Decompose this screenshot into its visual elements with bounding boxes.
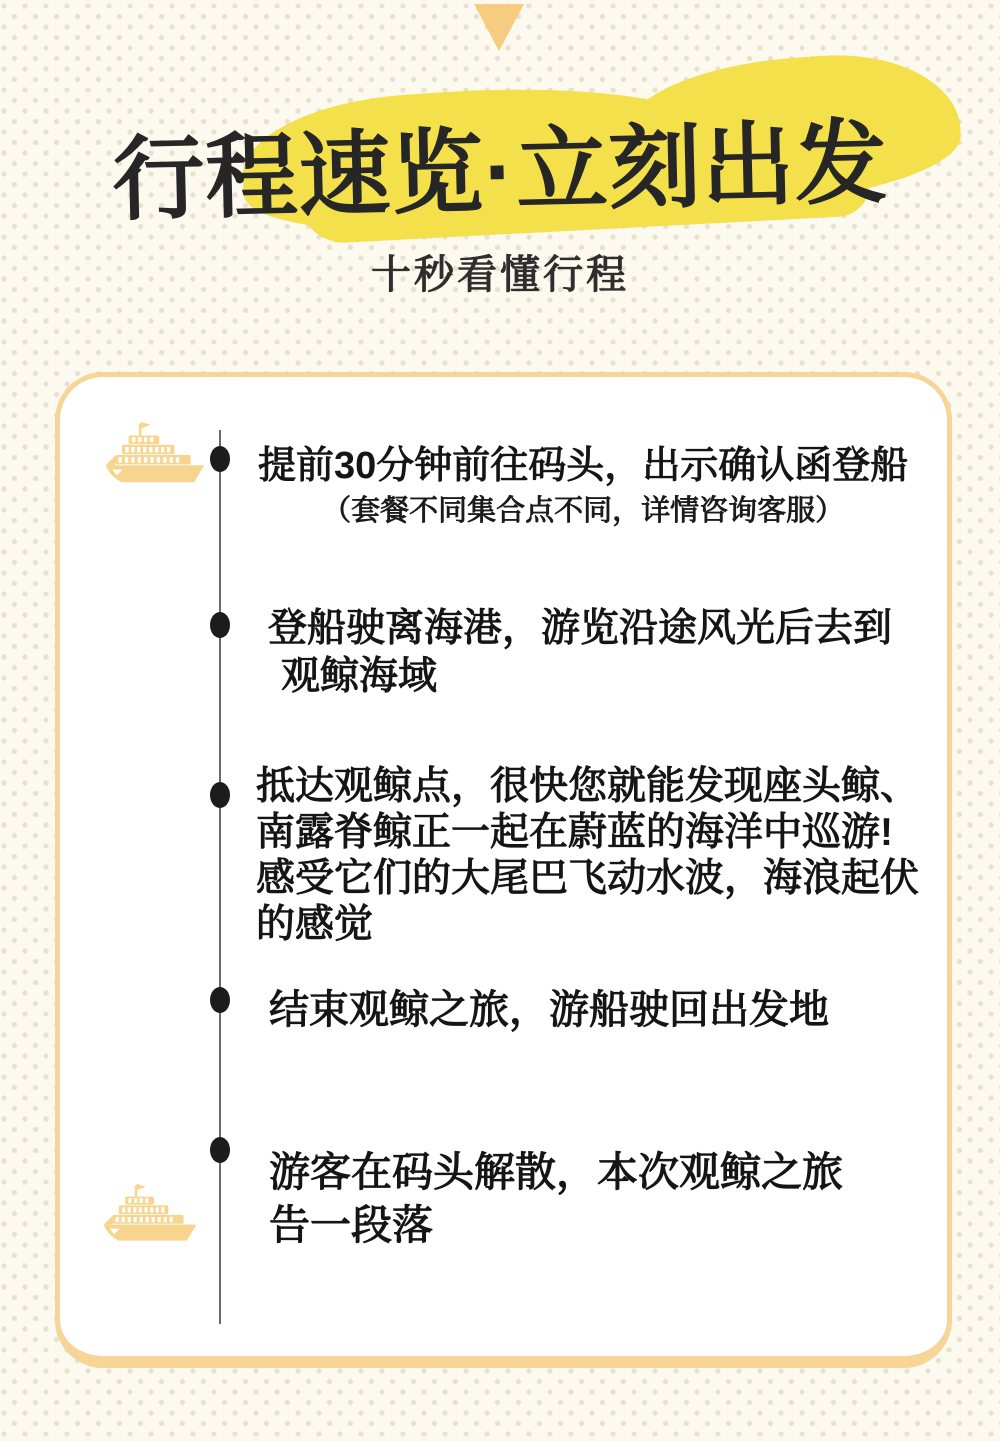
timeline-line xyxy=(219,430,221,1324)
step-text-line: 的感觉 xyxy=(256,902,919,948)
timeline-dot xyxy=(210,1137,230,1163)
step-text-line: 告一段落 xyxy=(269,1199,843,1252)
step-text-line: 观鲸海域 xyxy=(268,653,892,701)
timeline-dot xyxy=(210,782,230,808)
itinerary-step-4: 结束观鲸之旅，游船驶回出发地 xyxy=(269,986,829,1034)
itinerary-step-3: 抵达观鲸点，很快您就能发现座头鲸、 南露脊鲸正一起在蔚蓝的海洋中巡游! 感受它们… xyxy=(256,764,919,948)
itinerary-step-5: 游客在码头解散，本次观鲸之旅 告一段落 xyxy=(269,1146,843,1252)
itinerary-step-2: 登船驶离海港，游览沿途风光后去到 观鲸海域 xyxy=(268,605,892,701)
poster-title: 行程速览·立刻出发 xyxy=(0,87,1000,242)
step-text-line: 结束观鲸之旅，游船驶回出发地 xyxy=(269,986,829,1034)
poster-subtitle: 十秒看懂行程 xyxy=(0,243,1000,300)
step-text-line: 登船驶离海港，游览沿途风光后去到 xyxy=(268,605,892,653)
cruise-ship-icon xyxy=(104,421,206,486)
step-text-line: 提前30分钟前往码头，出示确认函登船 xyxy=(258,441,908,491)
itinerary-card: 提前30分钟前往码头，出示确认函登船 （套餐不同集合点不同，详情咨询客服） 登船… xyxy=(55,372,952,1368)
poster-page: 行程速览·立刻出发 十秒看懂行程 xyxy=(0,0,1000,1441)
cruise-ship-icon xyxy=(102,1183,198,1244)
timeline-dot xyxy=(210,612,230,638)
timeline-dot xyxy=(210,987,230,1013)
timeline-dot xyxy=(210,446,230,472)
step-text-line: 抵达观鲸点，很快您就能发现座头鲸、 xyxy=(256,764,919,810)
step-text-line: 游客在码头解散，本次观鲸之旅 xyxy=(269,1146,843,1199)
triangle-down-icon xyxy=(474,4,524,51)
itinerary-step-1: 提前30分钟前往码头，出示确认函登船 （套餐不同集合点不同，详情咨询客服） xyxy=(258,441,908,531)
step-text-line: 感受它们的大尾巴飞动水波，海浪起伏 xyxy=(256,856,919,902)
step-text-line: 南露脊鲸正一起在蔚蓝的海洋中巡游! xyxy=(256,810,919,856)
step-note: （套餐不同集合点不同，详情咨询客服） xyxy=(258,491,908,531)
